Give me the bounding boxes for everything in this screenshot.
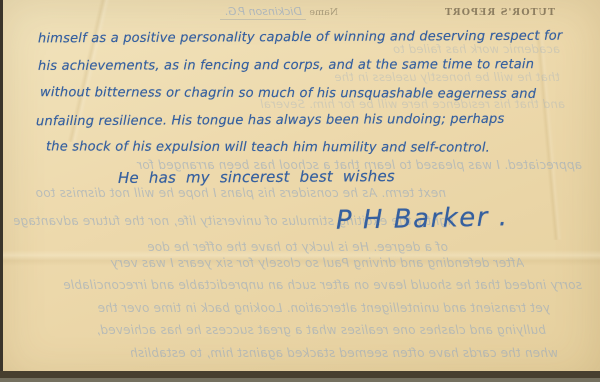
bleedthrough-line: bullying and clashes one realises what a… xyxy=(58,323,546,337)
bleedthrough-name-label: Name xyxy=(309,7,338,18)
handwriting-line: himself as a positive personality capabl… xyxy=(38,29,562,47)
bleedthrough-name-value: Dickinson P.G. xyxy=(220,5,306,20)
bleedthrough-line: next term. As he considers his plans I h… xyxy=(26,186,446,200)
handwriting-line: unfailing resilience. His tongue has alw… xyxy=(36,112,505,129)
bleedthrough-line: when the cards have often seemed stacked… xyxy=(84,346,558,360)
bleedthrough-line: After defending and driving Paul so clos… xyxy=(92,256,524,270)
handwriting-line: his achievements, as in fencing and corp… xyxy=(38,57,534,74)
scan-edge-bottom xyxy=(0,371,600,378)
handwriting-line: the shock of his expulsion will teach hi… xyxy=(46,139,490,155)
scanned-report-page: TUTOR'S REPORT Name Dickinson P.G. acade… xyxy=(0,0,600,382)
bleedthrough-form-title: TUTOR'S REPORT xyxy=(437,7,555,18)
signature: P H Barker . xyxy=(336,202,509,236)
bleedthrough-line: sorry indeed that he should leave on aft… xyxy=(20,278,582,292)
closing-line: He has my sincerest best wishes xyxy=(118,167,395,187)
scan-edge-left xyxy=(0,0,3,382)
bleedthrough-name-line: Name Dickinson P.G. xyxy=(158,5,338,18)
bleedthrough-line: of a degree. He is lucky to have the off… xyxy=(148,240,448,254)
handwriting-line: without bitterness or chagrin so much of… xyxy=(40,85,536,102)
scan-edge-bottom-outer xyxy=(0,378,600,382)
bleedthrough-line: yet transient and unintelligent altercat… xyxy=(48,301,550,315)
